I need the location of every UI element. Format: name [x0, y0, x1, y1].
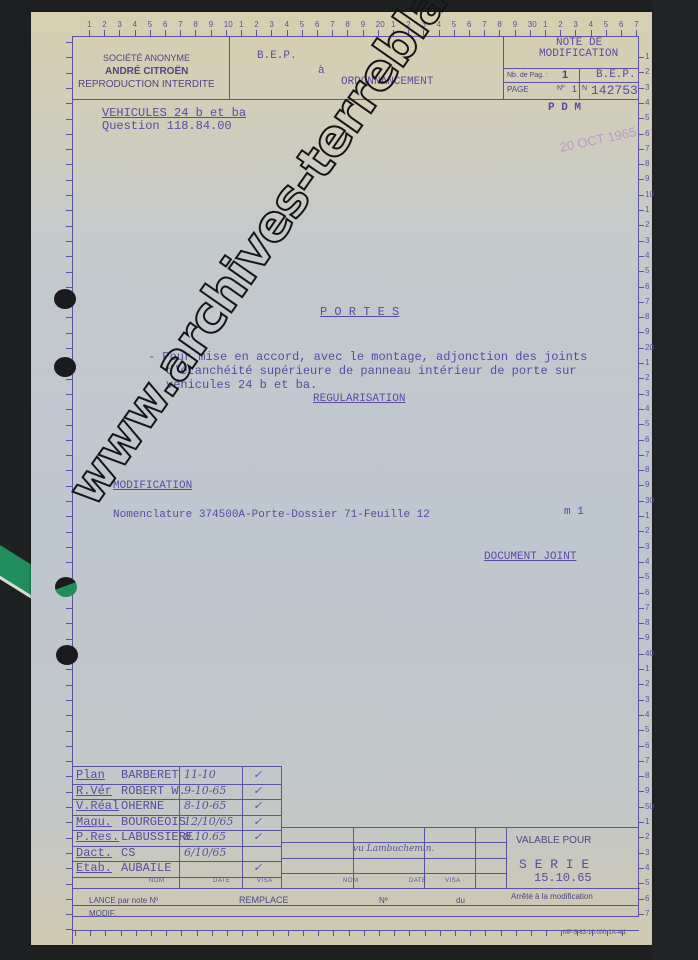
ruler-label: 10 [645, 190, 654, 199]
ruler-label: 1 [543, 20, 547, 29]
regularisation-label: REGULARISATION [313, 393, 405, 405]
ruler-label: 1 [239, 20, 243, 29]
signature-date: 9-10-65 [184, 784, 226, 797]
ruler-label: 1 [87, 20, 91, 29]
ruler-label: 3 [645, 236, 649, 245]
ruler-label: 8 [645, 159, 649, 168]
modification-heading: MODIFICATION [113, 480, 192, 492]
ruler-label: 7 [645, 297, 649, 306]
ruler-label: 1 [645, 664, 649, 673]
ruler-label: 1 [391, 20, 395, 29]
to-prefix: à [318, 65, 325, 77]
section-title: P O R T E S [320, 305, 399, 319]
ruler-label: 9 [645, 633, 649, 642]
signature-name: AUBAILE [121, 861, 171, 875]
ruler-label: 9 [361, 20, 365, 29]
ruler-label: 7 [482, 20, 486, 29]
doc-type-line2: MODIFICATION [539, 48, 618, 60]
ruler-label: 1 [645, 817, 649, 826]
ruler-label: 7 [645, 144, 649, 153]
signature-visa: ✓ [253, 768, 262, 781]
ruler-label: 50 [645, 802, 654, 811]
dept-code: B.E.P. [596, 69, 636, 81]
ruler-label: 7 [634, 20, 638, 29]
number-label: N [582, 85, 587, 92]
signature-name: BOURGEOIS [121, 815, 186, 829]
ruler-label: 2 [406, 20, 410, 29]
ruler-label: 6 [645, 435, 649, 444]
ruler-label: 1 [645, 52, 649, 61]
ruler-label: 6 [645, 741, 649, 750]
ruler-label: 4 [645, 404, 649, 413]
ruler-label: 7 [178, 20, 182, 29]
pdm-label: P D M [548, 102, 581, 114]
binder-hole [56, 645, 78, 665]
signature-role: Maqu. [76, 815, 112, 829]
signature-visa: ✓ [253, 830, 262, 843]
ruler-label: 3 [117, 20, 121, 29]
ruler-label: 9 [645, 480, 649, 489]
ruler-label: 8 [645, 618, 649, 627]
modif-label: MODIF. [89, 909, 116, 918]
ruler-label: 9 [645, 786, 649, 795]
signature-name: LABUSSIERE [121, 830, 193, 844]
nb-pages-value: 1 [562, 69, 568, 81]
ruler-label: 4 [645, 98, 649, 107]
ruler-label: 6 [315, 20, 319, 29]
binder-hole [54, 357, 76, 377]
ruler-label: 1 [645, 205, 649, 214]
nomenclature-line: Nomenclature 374500A-Porte-Dossier 71-Fe… [113, 509, 430, 521]
ruler-label: 10 [224, 20, 233, 29]
ruler-label: 2 [102, 20, 106, 29]
ruler-label: 40 [645, 649, 654, 658]
ruler-label: 5 [604, 20, 608, 29]
ruler-label: 2 [645, 67, 649, 76]
page-no-value: 1 [572, 84, 577, 94]
signature-date: 8.10.65 [184, 830, 226, 843]
ruler-label: 5 [645, 113, 649, 122]
col-date-label: DATE [213, 878, 231, 884]
valid-for-label: VALABLE POUR [516, 835, 591, 846]
ruler-label: 8 [345, 20, 349, 29]
page-no-label: Nº [557, 85, 565, 92]
ruler-label: 9 [209, 20, 213, 29]
remplace-label: REMPLACE [239, 895, 289, 905]
ruler-label: 6 [645, 282, 649, 291]
ruler-label: 30 [645, 496, 654, 505]
signature-role: Dact. [76, 846, 112, 860]
ruler-label: 4 [645, 251, 649, 260]
ruler-label: 8 [193, 20, 197, 29]
ruler-label: 4 [285, 20, 289, 29]
ruler-label: 2 [645, 373, 649, 382]
signature-visa: ✓ [253, 861, 262, 874]
ruler-label: 3 [645, 848, 649, 857]
to-dept: ORDONNANCEMENT [341, 76, 433, 88]
document-page: 1234567891012345678920123456789301234567… [31, 12, 652, 945]
ruler-label: 5 [645, 878, 649, 887]
note-number: 142753 [591, 83, 638, 98]
ruler-label: 6 [163, 20, 167, 29]
signature-date: 8-10-65 [184, 799, 226, 812]
signature-date: 6/10/65 [184, 846, 226, 859]
signature-date: 11-10 [184, 768, 216, 781]
second-block-note: vu Lambuchemin. [353, 844, 434, 854]
ruler-label: 1 [645, 358, 649, 367]
ruler-label: 3 [421, 20, 425, 29]
signature-date: 12/10/65 [184, 815, 233, 828]
ruler-label: 9 [645, 174, 649, 183]
ruler-label: 4 [645, 863, 649, 872]
body-line3: véhicules 24 b et ba. [166, 378, 317, 392]
ruler-label: 8 [645, 465, 649, 474]
binder-hole [55, 577, 77, 597]
page-label: PAGE [507, 85, 529, 94]
signature-visa: ✓ [253, 815, 262, 828]
company-line3: REPRODUCTION INTERDITE [78, 79, 215, 90]
signature-visa: ✓ [253, 784, 262, 797]
company-line1: SOCIÉTÉ ANONYME [103, 53, 190, 63]
ruler-label: 3 [645, 389, 649, 398]
ruler-label: 2 [558, 20, 562, 29]
body-line2: d'étanchéité supérieure de panneau intér… [166, 364, 576, 378]
signature-name: CS [121, 846, 135, 860]
serie-label: S E R I E [519, 857, 589, 872]
signature-role: V.Réal [76, 799, 119, 813]
ruler-label: 7 [645, 603, 649, 612]
ruler-label: 9 [513, 20, 517, 29]
ruler-label: 4 [437, 20, 441, 29]
nb-pages-label: Nb. de Pag. : [507, 72, 548, 79]
ruler-label: 3 [645, 83, 649, 92]
ruler-label: 8 [497, 20, 501, 29]
ruler-label: 7 [645, 909, 649, 918]
ruler-label: 5 [645, 725, 649, 734]
lance-label: LANCE par note Nº [89, 896, 158, 905]
ruler-label: 2 [645, 679, 649, 688]
ruler-label: 6 [645, 894, 649, 903]
second-col-date-label: DATE [409, 878, 427, 884]
signature-name: ROBERT W. [121, 784, 186, 798]
ruler-label: 8 [645, 312, 649, 321]
ruler-label: 4 [645, 710, 649, 719]
ruler-label: 30 [528, 20, 537, 29]
ruler-label: 6 [645, 129, 649, 138]
ruler-label: 2 [645, 832, 649, 841]
ruler-label: 2 [254, 20, 258, 29]
company-line2: ANDRÉ CITROËN [105, 66, 188, 77]
ruler-label: 7 [330, 20, 334, 29]
signature-visa: ✓ [253, 799, 262, 812]
second-col-visa-label: VISA [445, 878, 461, 884]
vehicles-heading: VEHICULES 24 b et ba [102, 106, 246, 120]
ruler-label: 3 [269, 20, 273, 29]
ruler-label: 5 [452, 20, 456, 29]
ruler-label: 2 [645, 526, 649, 535]
ruler-label: 20 [645, 343, 654, 352]
ruler-label: 2 [645, 220, 649, 229]
ruler-label: 5 [645, 572, 649, 581]
ruler-label: 5 [645, 419, 649, 428]
serie-date: 15.10.65 [534, 871, 592, 885]
from-dept: B.E.P. [257, 50, 297, 62]
signature-role: Plan [76, 768, 105, 782]
signature-role: Etab. [76, 861, 112, 875]
document-joint-label: DOCUMENT JOINT [484, 551, 576, 563]
ruler-label: 9 [645, 327, 649, 336]
ruler-label: 3 [645, 695, 649, 704]
col-visa-label: VISA [257, 878, 273, 884]
ruler-label: 6 [619, 20, 623, 29]
ruler-label: 20 [376, 20, 385, 29]
ruler-label: 7 [645, 756, 649, 765]
ruler-label: 3 [645, 542, 649, 551]
ruler-label: 8 [645, 771, 649, 780]
signature-role: R.Vér [76, 784, 112, 798]
second-col-nom-label: NOM [343, 878, 359, 884]
date-stamp: 20 OCT 1965 [558, 124, 637, 155]
ruler-label: 5 [645, 266, 649, 275]
nomenclature-mark: m 1 [564, 506, 584, 518]
ruler-label: 5 [300, 20, 304, 29]
no-label: Nº [379, 896, 388, 905]
ruler-label: 5 [148, 20, 152, 29]
ruler-label: 6 [645, 588, 649, 597]
signature-role: P.Res. [76, 830, 119, 844]
print-reference: MP-5-63-10.000-1A-4/1 [563, 930, 626, 936]
col-nom-label: NOM [149, 878, 165, 884]
ruler-label: 1 [645, 511, 649, 520]
ruler-label: 3 [573, 20, 577, 29]
background-right [652, 0, 698, 960]
binder-hole [54, 289, 76, 309]
ruler-label: 6 [467, 20, 471, 29]
body-line1: - Pour mise en accord, avec le montage, … [148, 350, 587, 364]
ruler-label: 4 [589, 20, 593, 29]
signature-name: BARBERET [121, 768, 179, 782]
question-ref: Question 118.84.00 [102, 119, 232, 133]
ruler-label: 4 [645, 557, 649, 566]
signature-name: OHERNE [121, 799, 164, 813]
du-label: du [456, 896, 465, 905]
ruler-label: 7 [645, 450, 649, 459]
ruler-label: 4 [133, 20, 137, 29]
arrete-label: Arrêté à la modification [511, 892, 593, 901]
